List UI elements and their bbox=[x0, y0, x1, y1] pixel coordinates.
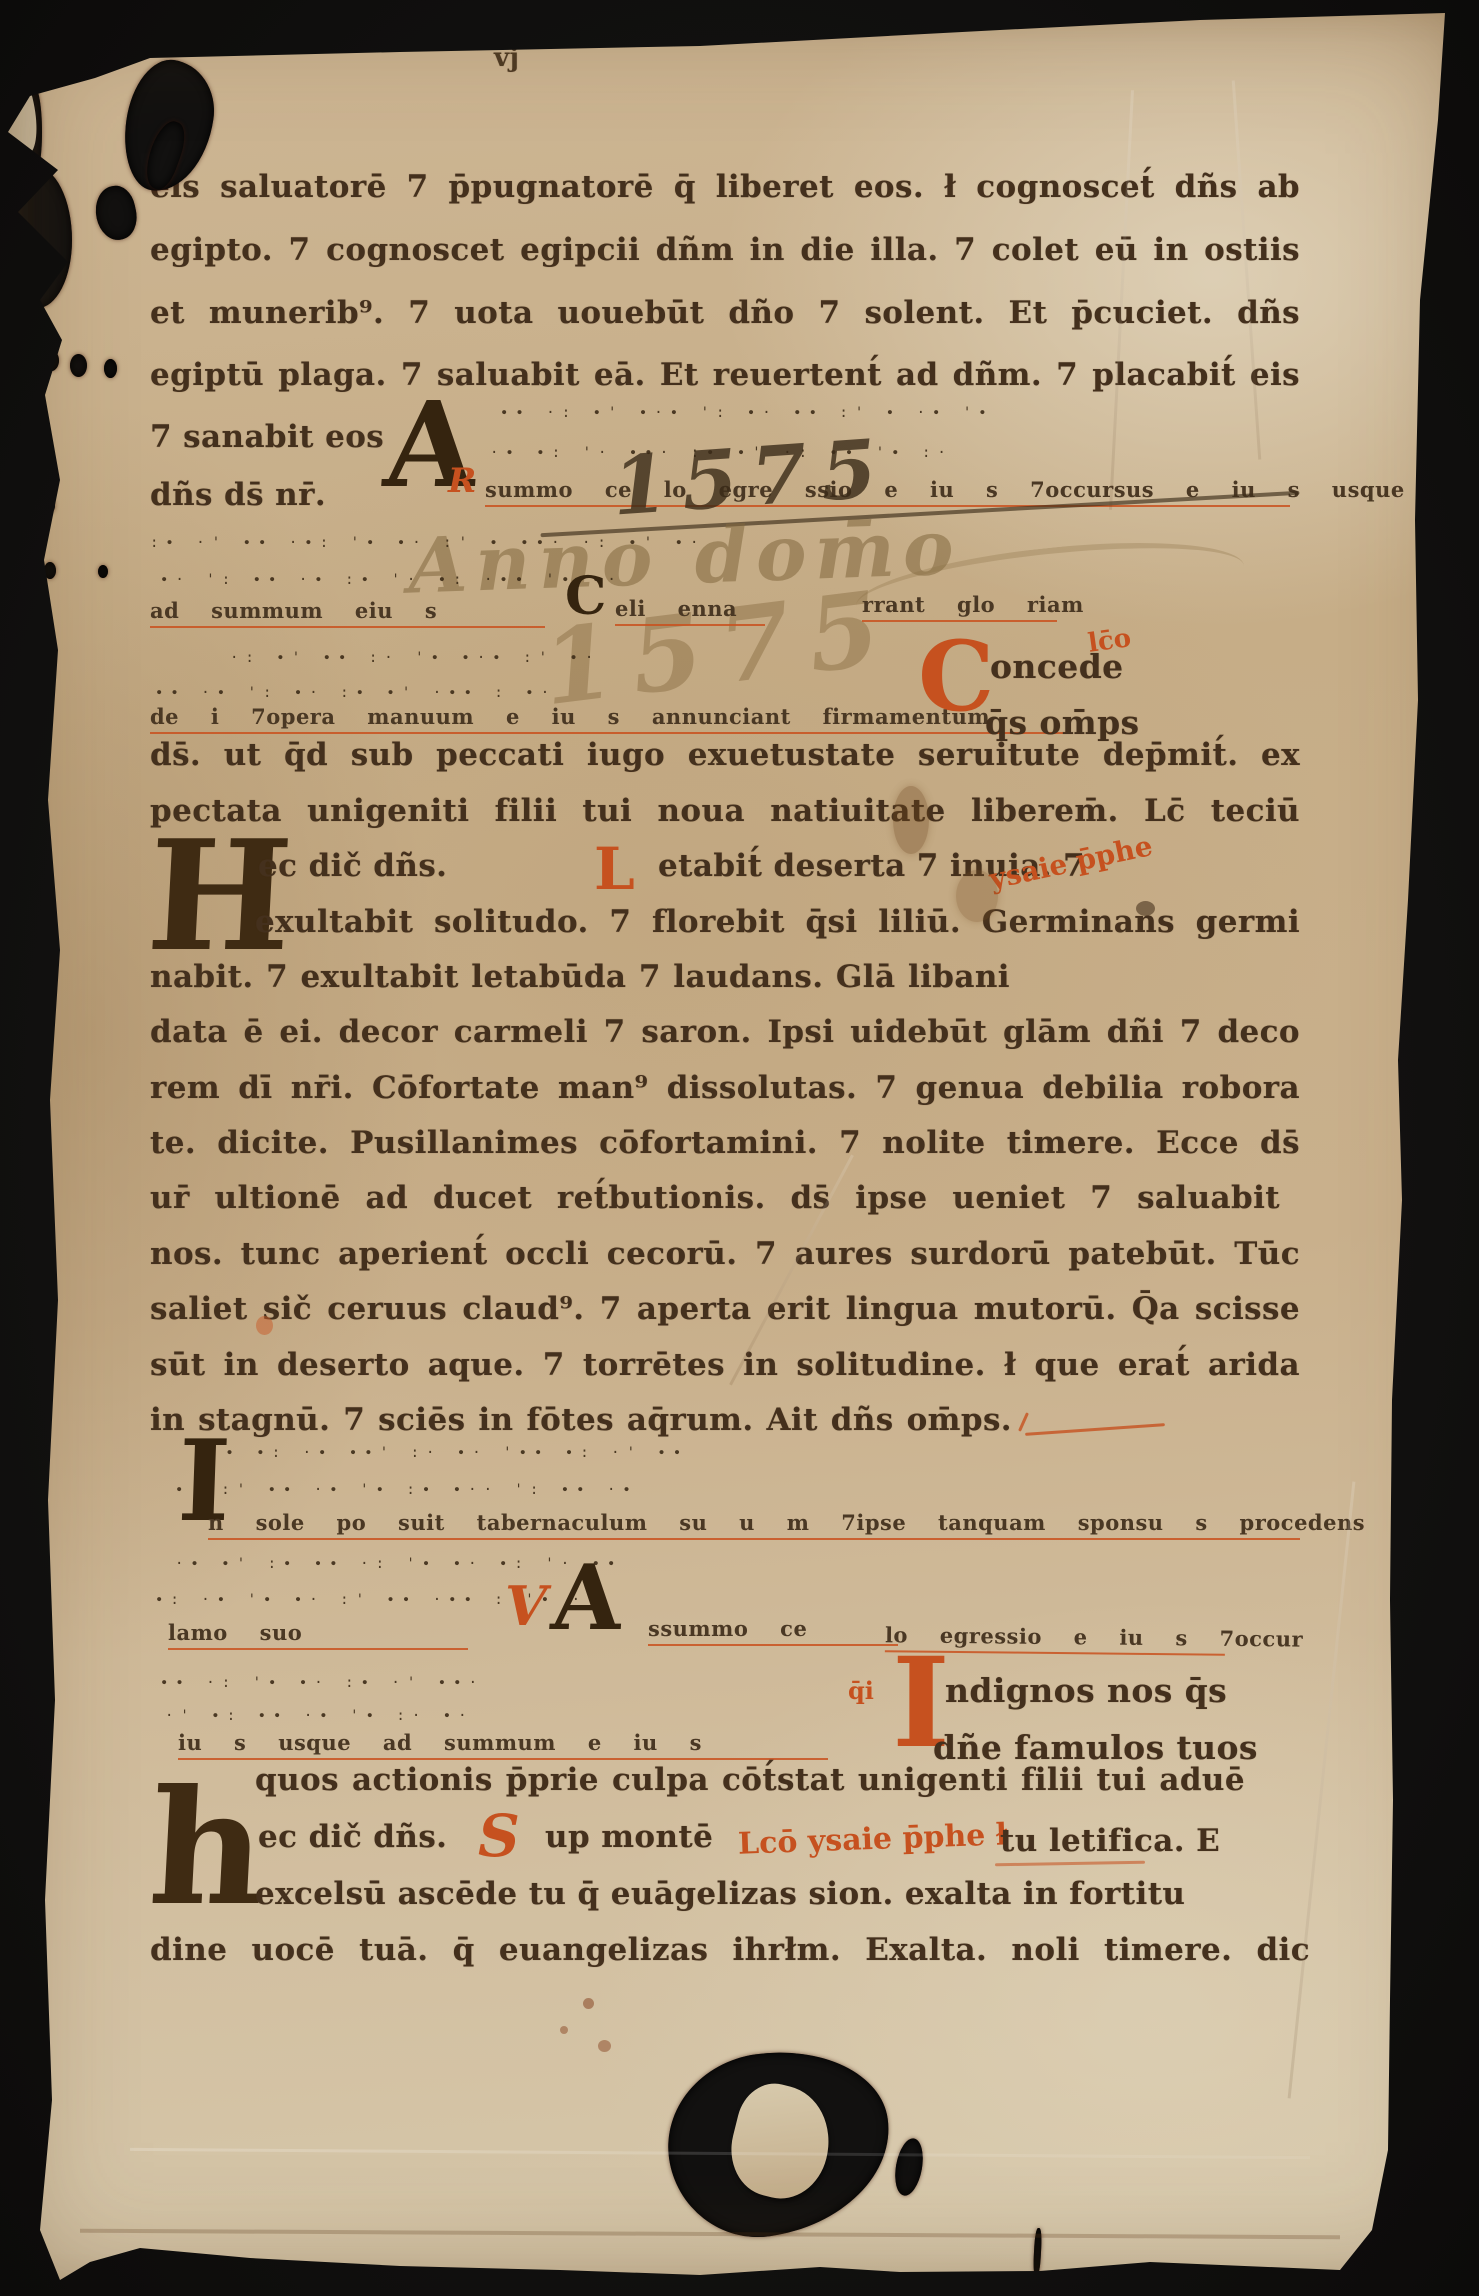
text-line: nos. tunc aperient́ occli cecorū. 7 aure… bbox=[150, 1237, 1300, 1273]
fold-shadow bbox=[80, 2229, 1340, 2240]
text-line: ds̄. ut q̄d sub peccati iugo exuetustate… bbox=[150, 738, 1300, 774]
folio-number: vj bbox=[494, 44, 519, 74]
text-line: up montē bbox=[545, 1820, 713, 1856]
text-line: ur̄ ultionē ad ducet ret́butionis. ds̄ i… bbox=[150, 1181, 1280, 1217]
worm-hole bbox=[44, 350, 59, 371]
illuminated-initial-h: h bbox=[146, 1778, 268, 1920]
neumes-row: ∙∙ ·∙ ': ∙· :∙ ∙' ·∙∙ : ∙· bbox=[155, 685, 556, 701]
isaiah-margin-note: ysaie p̄phe bbox=[986, 829, 1155, 896]
text-line: sūt in deserto aque. 7 torrētes in solit… bbox=[150, 1348, 1300, 1384]
chant-line: iu s usque ad summum e iu s bbox=[178, 1730, 828, 1760]
text-line: egipto. 7 cognoscet egipcii dñm in die i… bbox=[150, 233, 1300, 269]
chant-line: lamo suo bbox=[168, 1620, 468, 1650]
ink-blot bbox=[1136, 901, 1155, 916]
stain bbox=[256, 1316, 273, 1335]
rubric-flourish bbox=[1025, 1423, 1165, 1436]
speckle bbox=[560, 2026, 568, 2034]
rubric-flourish-tick bbox=[1018, 1412, 1029, 1431]
worm-hole bbox=[44, 562, 56, 579]
text-line: rem dī nr̄i. Cōfortate man⁹ dissolutas. … bbox=[150, 1071, 1300, 1107]
text-line: te. dicite. Pusillanimes cōfortamini. 7 … bbox=[150, 1126, 1300, 1162]
stain bbox=[893, 786, 929, 854]
text-line: 7 sanabit eos bbox=[150, 420, 384, 456]
speckle bbox=[583, 1998, 594, 2009]
initial-C-celi: C bbox=[565, 574, 606, 621]
text-line: data ē ei. decor carmeli 7 saron. Ipsi u… bbox=[150, 1015, 1300, 1051]
rubric-mark: q̄i bbox=[848, 1676, 874, 1705]
neumes-row: ∙∙ ·: ∙' ∙·∙ ': ∙· ∙∙ :' ∙ ·∙ '∙ bbox=[500, 405, 994, 421]
initial-C-concede: C bbox=[918, 634, 994, 720]
initial-A-summo: A bbox=[549, 1558, 625, 1639]
crease bbox=[1232, 80, 1262, 459]
neumes-row: '∙ ∙: ·∙ ∙∙' :· ∙· '∙∙ ∙: ·' ∙∙ bbox=[210, 1445, 688, 1461]
chant-line: ad summum eiu s bbox=[150, 598, 545, 628]
respond-mark: R bbox=[448, 466, 476, 497]
neumes-row: ·' ∙: ∙∙ ·∙ '∙ :· ∙· bbox=[165, 1708, 474, 1724]
text-line: ndignos nos q̄s bbox=[945, 1672, 1227, 1710]
text-line: ec dič dñs. bbox=[258, 849, 447, 885]
worm-hole bbox=[104, 359, 117, 378]
worm-hole bbox=[45, 498, 55, 513]
worm-hole bbox=[70, 354, 87, 377]
chant-line: n sole po suit tabernaculum su u m 7ipse… bbox=[208, 1510, 1300, 1540]
text-line: quos actionis p̄prie culpa cōt́stat unig… bbox=[255, 1763, 1245, 1799]
text-line: saliet sič ceruus claud⁹. 7 aperta erit … bbox=[150, 1292, 1300, 1328]
worm-hole bbox=[98, 565, 108, 578]
photo-background: vj eis saluatorē 7 p̄pugnatorē q̄ libere… bbox=[0, 0, 1479, 2296]
text-line: dñs ds̄ nr̄. bbox=[150, 478, 326, 514]
text-line: in stagnū. 7 sciēs in fōtes aq̄rum. Ait … bbox=[150, 1403, 1012, 1439]
text-line: ec dič dñs. bbox=[258, 1820, 447, 1856]
text-line: nabit. 7 exultabit letabūda 7 laudans. G… bbox=[150, 960, 1010, 996]
versus-mark: V bbox=[505, 1582, 547, 1631]
chant-line: ssummo ce bbox=[648, 1616, 898, 1646]
neumes-row: ·: ∙' ∙∙ :· '∙ ∙·∙ :' ∙· bbox=[230, 650, 600, 666]
crease bbox=[1288, 1482, 1356, 2099]
text-line: et munerib⁹. 7 uota uouebūt dño 7 solent… bbox=[150, 296, 1300, 332]
text-line: dine uocē tuā. q̄ euangelizas ihrłm. Exa… bbox=[150, 1933, 1310, 1969]
speckle bbox=[598, 2040, 611, 2052]
text-line: tu letifica. E bbox=[1000, 1824, 1220, 1860]
bottom-crack bbox=[1033, 2228, 1043, 2276]
neumes-row: ∙· ': ∙∙ ·∙ :∙ '· ∙: ·∙∙ '∙ ∙· bbox=[160, 572, 623, 588]
neumes-row: ∙· :' ∙∙ ·∙ '∙ :∙ ∙·· ': ∙∙ ·∙ bbox=[175, 1482, 638, 1498]
neumes-row: :∙ ·' ∙∙ ·∙: '∙ ∙· :' ∙ ∙∙· ·: ∙' ∙· bbox=[150, 535, 705, 551]
parchment-leaf: vj eis saluatorē 7 p̄pugnatorē q̄ libere… bbox=[0, 0, 1479, 2296]
hole-slit bbox=[891, 2136, 927, 2198]
initial-L-letabitur: L bbox=[594, 843, 635, 895]
text-line: egiptū plaga. 7 saluabit eā. Et reuerten… bbox=[150, 358, 1300, 394]
text-line: excelsū ascēde tu q̄ euāgelizas sion. ex… bbox=[255, 1877, 1135, 1913]
tear-hole bbox=[0, 166, 72, 308]
rubric-underline bbox=[995, 1861, 1145, 1867]
stain bbox=[956, 870, 998, 922]
chant-line: eli enna bbox=[615, 596, 765, 626]
neumes-row: ∙∙ ·: '∙ ∙· :∙ ·' ∙∙· bbox=[160, 1675, 484, 1691]
lectio-isaiah-rubric: Lcō ysaie p̄phe ł bbox=[737, 1817, 1007, 1861]
tear-hole bbox=[91, 182, 141, 243]
text-line: eis saluatorē 7 p̄pugnatorē q̄ liberet e… bbox=[150, 170, 1300, 206]
initial-S-super: S bbox=[478, 1810, 520, 1862]
text-line: pectata unigeniti filii tui noua natiuit… bbox=[150, 794, 1300, 830]
chant-line: rrant glo riam bbox=[862, 592, 1057, 622]
collect-line: oncede bbox=[990, 648, 1124, 686]
